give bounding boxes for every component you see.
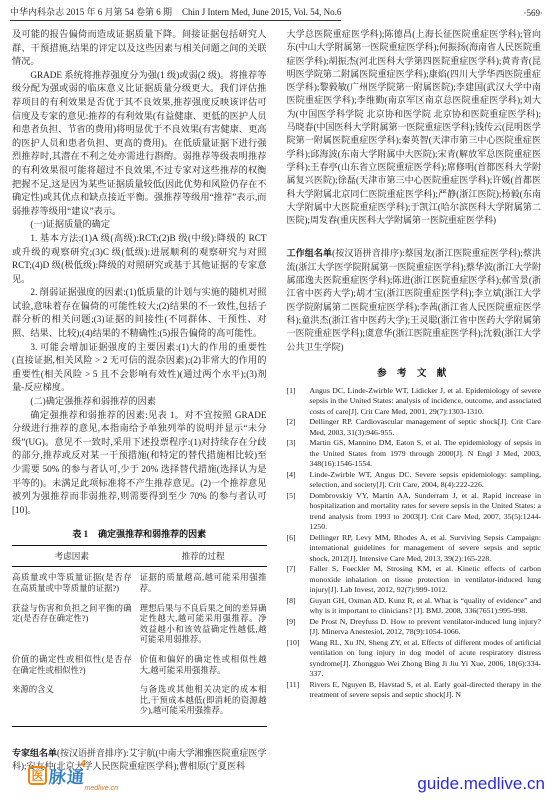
medlive-logo[interactable]: 医 脉通 4 medlive.cn [28,763,124,792]
reference-item: [4] Linde-Zwirble WT, Angus DC. Severe s… [287,470,542,491]
table-cell-factor: 获益与伤害和负担之间平衡的确定(是否存在确定性?) [12,604,132,625]
medlive-spark-icon: 4 [80,759,86,770]
references-heading: 参 考 文 献 [287,365,542,379]
table-cell-factor: 高质量或中等质量证据(是否存在高质量或中等质量的证据?) [12,573,132,594]
table-1-block: 表 1确定强推荐和弱推荐的因素 考虑因素 推荐的过程 高质量或中等质量证据(是否… [12,527,267,727]
table-cell-process: 与备选或其他相关决定的成本相比,干预成本越低(即消耗的资源越少),越可能采用强推… [140,685,267,717]
reference-text: Linde-Zwirble WT, Angus DC. Severe sepsi… [310,470,542,491]
medlive-yi-box-icon: 医 [28,766,47,785]
body-paragraph: 2. 削弱证据强度的因素:(1)低质量的计划与实施的随机对照试验,意味着存在偏倚… [12,286,267,340]
page-number: ·569· [524,7,544,19]
reference-text: Rivers E, Nguyen B, Havstad S, et al. Ea… [310,680,542,701]
table-body: 高质量或中等质量证据(是否存在高质量或中等质量的证据?) 证据的质量越高,越可能… [12,567,267,726]
reference-text: Dellinger RP. Cardiovascular management … [310,417,542,438]
table-cell-factor: 来源的含义 [12,685,132,696]
expert-list-continued: 大学总医院重症医学科);陈德昌(上海长征医院重症医学科);管向东(中山大学附属第… [287,28,542,227]
reference-text: Wang RL, Xu JN, Sheng ZY, et al. Effects… [310,638,542,680]
reference-item: [7] Faller S, Foeckler M, Strosing KM, e… [287,564,542,596]
reference-text: Dellinger RP, Levy MM, Rhodes A, et al. … [310,533,542,565]
table-row: 高质量或中等质量证据(是否存在高质量或中等质量的证据?) 证据的质量越高,越可能… [12,573,267,594]
reference-text: Faller S, Foeckler M, Strosing KM, et al… [310,564,542,596]
journal-title-cn: 中华内科杂志 2015 年 6 月第 54 卷第 6 期 [10,7,172,17]
body-paragraph: 3. 可能会增加证据强度的主要因素:(1)大的作用的重要性(直接证据,相关风险 … [12,341,267,395]
reference-text: De Prost N, Dreyfuss D. How to prevent v… [310,617,542,638]
expert-group-label: 专家组名单 [12,748,57,758]
journal-page: 中华内科杂志 2015 年 6 月第 54 卷第 6 期Chin J Inter… [0,0,553,800]
table-label: 表 1 [72,529,88,539]
workgroup-text: (按汉语拼音排序):蔡国龙(浙江医院重症医学科);蔡洪流(浙江大学医学院附属第一… [287,248,542,351]
body-paragraph: 及可能的报告偏倚而造成证据质量下降。间接证据包括研究人群、干预措施,结果的评定以… [12,28,267,69]
reference-number: [5] [287,491,306,533]
reference-number: [11] [287,680,306,701]
reference-number: [8] [287,596,306,617]
body-paragraph: GRADE 系统将推荐强度分为强(1 级)或弱(2 级)。将推荐等级分配为强或弱… [12,69,267,219]
reference-number: [6] [287,533,306,565]
table-cell-factor: 价值的确定性或相似性(是否存在确定性或相似性?) [12,655,132,676]
workgroup-label: 工作组名单 [287,248,333,258]
right-column: 大学总医院重症医学科);陈德昌(上海长征医院重症医学科);管向东(中山大学附属第… [287,28,542,774]
table-cell-process: 价值和偏好的确定性或相似性越大,越可能采用强推荐。 [140,655,267,676]
table-cell-process: 理想后果与不良后果之间的差异确定性越大,越可能采用强推荐。净效益越小和该效益确定… [140,604,267,646]
reference-text: Guyatt GH, Oxman AD, Kunz R, et al. What… [310,596,542,617]
table-cell-process: 证据的质量越高,越可能采用强推荐。 [140,573,267,594]
body-paragraph: (二)确定强推荐和弱推荐的因素 [12,395,267,409]
reference-item: [11] Rivers E, Nguyen B, Havstad S, et a… [287,680,542,701]
reference-item: [2] Dellinger RP. Cardiovascular managem… [287,417,542,438]
reference-text: Angus DC, Linde-Zwirble WT, Lidicker J, … [310,386,542,418]
table-1: 考虑因素 推荐的过程 高质量或中等质量证据(是否存在高质量或中等质量的证据?) … [12,545,267,727]
journal-title: 中华内科杂志 2015 年 6 月第 54 卷第 6 期Chin J Inter… [10,7,341,21]
table-header-process: 推荐的过程 [140,550,267,562]
medlive-logo-row: 医 脉通 4 [28,763,124,787]
reference-item: [5] Dombrovskiy VY, Martin AA, Sunderram… [287,491,542,533]
reference-number: [3] [287,438,306,470]
table-row: 来源的含义 与备选或其他相关决定的成本相比,干预成本越低(即消耗的资源越少),越… [12,685,267,717]
table-row: 价值的确定性或相似性(是否存在确定性或相似性?) 价值和偏好的确定性或相似性越大… [12,655,267,676]
guide-medlive-link[interactable]: guide.medlive.cn [417,774,545,794]
reference-list: [1] Angus DC, Linde-Zwirble WT, Lidicker… [287,386,542,701]
body-paragraph: 确定强推荐和弱推荐的因素:见表 1。对不宜按照 GRADE 分级进行推荐的意见,… [12,409,267,518]
reference-number: [10] [287,638,306,680]
workgroup-note: 工作组名单(按汉语拼音排序):蔡国龙(浙江医院重症医学科);蔡洪流(浙江大学医学… [287,247,542,353]
reference-text: Dombrovskiy VY, Martin AA, Sunderram J, … [310,491,542,533]
reference-number: [7] [287,564,306,596]
reference-number: [1] [287,386,306,418]
table-title: 表 1确定强推荐和弱推荐的因素 [12,527,267,540]
table-header-factor: 考虑因素 [12,550,132,562]
reference-number: [4] [287,470,306,491]
reference-number: [2] [287,417,306,438]
journal-title-en: Chin J Intern Med, June 2015, Vol. 54, N… [182,7,341,17]
left-column: 及可能的报告偏倚而造成证据质量下降。间接证据包括研究人群、干预措施,结果的评定以… [12,28,267,774]
reference-item: [10] Wang RL, Xu JN, Sheng ZY, et al. Ef… [287,638,542,680]
reference-item: [3] Martin GS, Mannino DM, Eaton S, et a… [287,438,542,470]
table-header-row: 考虑因素 推荐的过程 [12,546,267,567]
body-paragraph: (一)证据质量的确定 [12,218,267,232]
page-header: 中华内科杂志 2015 年 6 月第 54 卷第 6 期Chin J Inter… [0,0,553,21]
body-paragraph: 1. 基本方法:(1)A 级(高级):RCT;(2)B 级(中级):降级的 RC… [12,232,267,286]
reference-number: [9] [287,617,306,638]
reference-item: [8] Guyatt GH, Oxman AD, Kunz R, et al. … [287,596,542,617]
left-body-text: 及可能的报告偏倚而造成证据质量下降。间接证据包括研究人群、干预措施,结果的评定以… [12,28,267,517]
reference-item: [6] Dellinger RP, Levy MM, Rhodes A, et … [287,533,542,565]
two-column-body: 及可能的报告偏倚而造成证据质量下降。间接证据包括研究人群、干预措施,结果的评定以… [0,21,553,774]
table-caption: 确定强推荐和弱推荐的因素 [98,529,206,539]
reference-text: Martin GS, Mannino DM, Eaton S, et al. T… [310,438,542,470]
reference-item: [9] De Prost N, Dreyfuss D. How to preve… [287,617,542,638]
table-row: 获益与伤害和负担之间平衡的确定(是否存在确定性?) 理想后果与不良后果之间的差异… [12,604,267,646]
reference-item: [1] Angus DC, Linde-Zwirble WT, Lidicker… [287,386,542,418]
